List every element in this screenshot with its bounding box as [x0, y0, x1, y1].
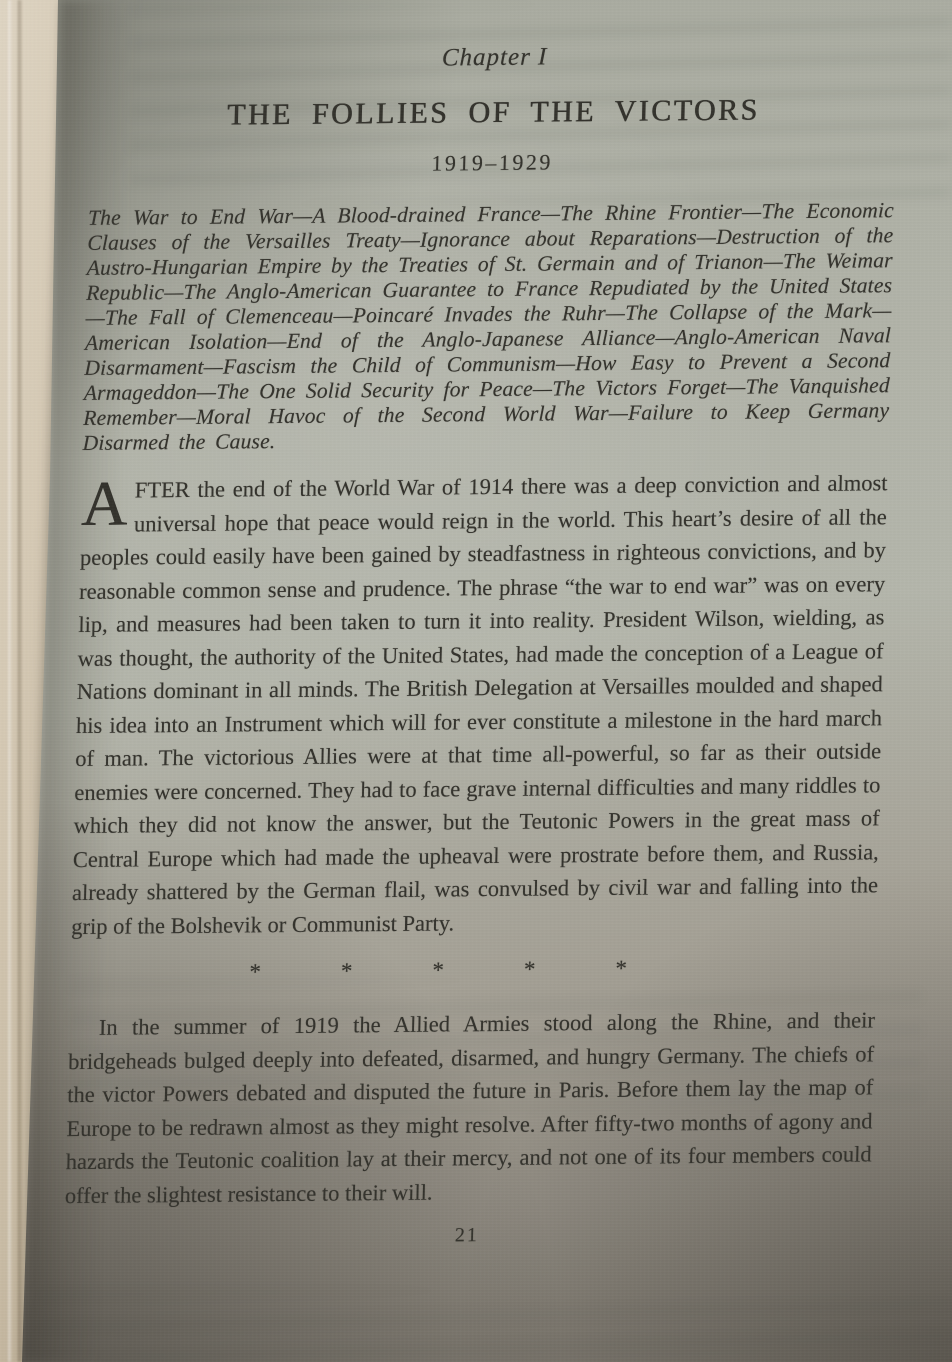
asterisk-glyph: * [615, 956, 627, 982]
page-fold-highlight [8, 0, 34, 1362]
drop-cap-initial: A [81, 473, 136, 529]
asterisk-glyph: * [341, 958, 353, 984]
bleed-through-text-bottom [40, 1290, 952, 1362]
asterisk-glyph: * [432, 958, 444, 984]
chapter-title: THE FOLLIES OF THE VICTORS [90, 92, 897, 134]
body-paragraph-2: In the summer of 1919 the Allied Armies … [65, 1003, 876, 1212]
paragraph-text: FTER the end of the World War of 1914 th… [71, 470, 888, 938]
body-paragraph-1: AFTER the end of the World War of 1914 t… [71, 466, 888, 943]
asterisk-glyph: * [249, 959, 261, 985]
page-number: 21 [64, 1220, 871, 1251]
chapter-summary: The War to End War—A Blood-drained Franc… [82, 198, 894, 456]
book-page-photo: Chapter I THE FOLLIES OF THE VICTORS 191… [0, 0, 952, 1362]
asterisk-glyph: * [524, 957, 536, 983]
section-separator: * * * * * [70, 954, 807, 987]
chapter-date-range: 1919–1929 [89, 146, 896, 180]
page-content: Chapter I THE FOLLIES OF THE VICTORS 191… [64, 40, 898, 1251]
chapter-heading: Chapter I [91, 40, 898, 76]
